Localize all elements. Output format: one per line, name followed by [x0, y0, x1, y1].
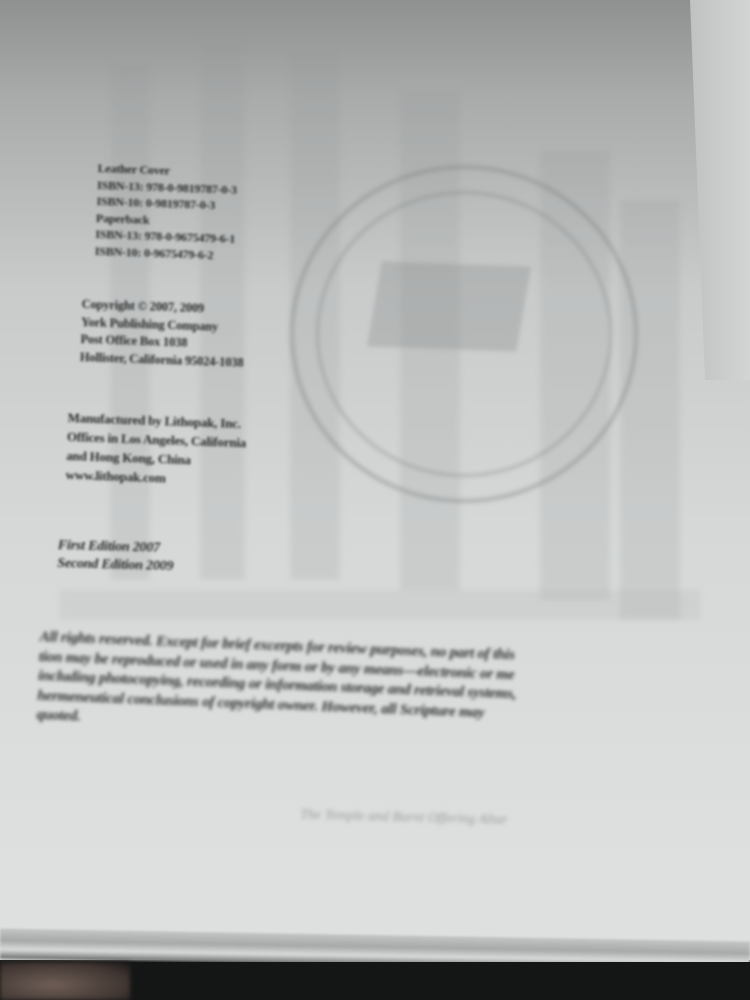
seal-book-icon: [367, 261, 531, 351]
second-edition: Second Edition 2009: [57, 555, 173, 576]
finger-holding-book: [0, 962, 130, 1000]
publisher-block: Copyright © 2007, 2009 York Publishing C…: [80, 296, 246, 372]
book-page: Leather Cover ISBN-13: 978-0-9819787-0-3…: [0, 0, 750, 960]
editions-block: First Edition 2007 Second Edition 2009: [57, 537, 174, 576]
isbn-block: Leather Cover ISBN-13: 978-0-9819787-0-3…: [95, 160, 238, 264]
manufacturer-block: Manufactured by Lithopak, Inc. Offices i…: [65, 408, 247, 490]
rights-paragraph: All rights reserved. Except for brief ex…: [36, 628, 518, 744]
seal-emblem: [290, 165, 638, 503]
